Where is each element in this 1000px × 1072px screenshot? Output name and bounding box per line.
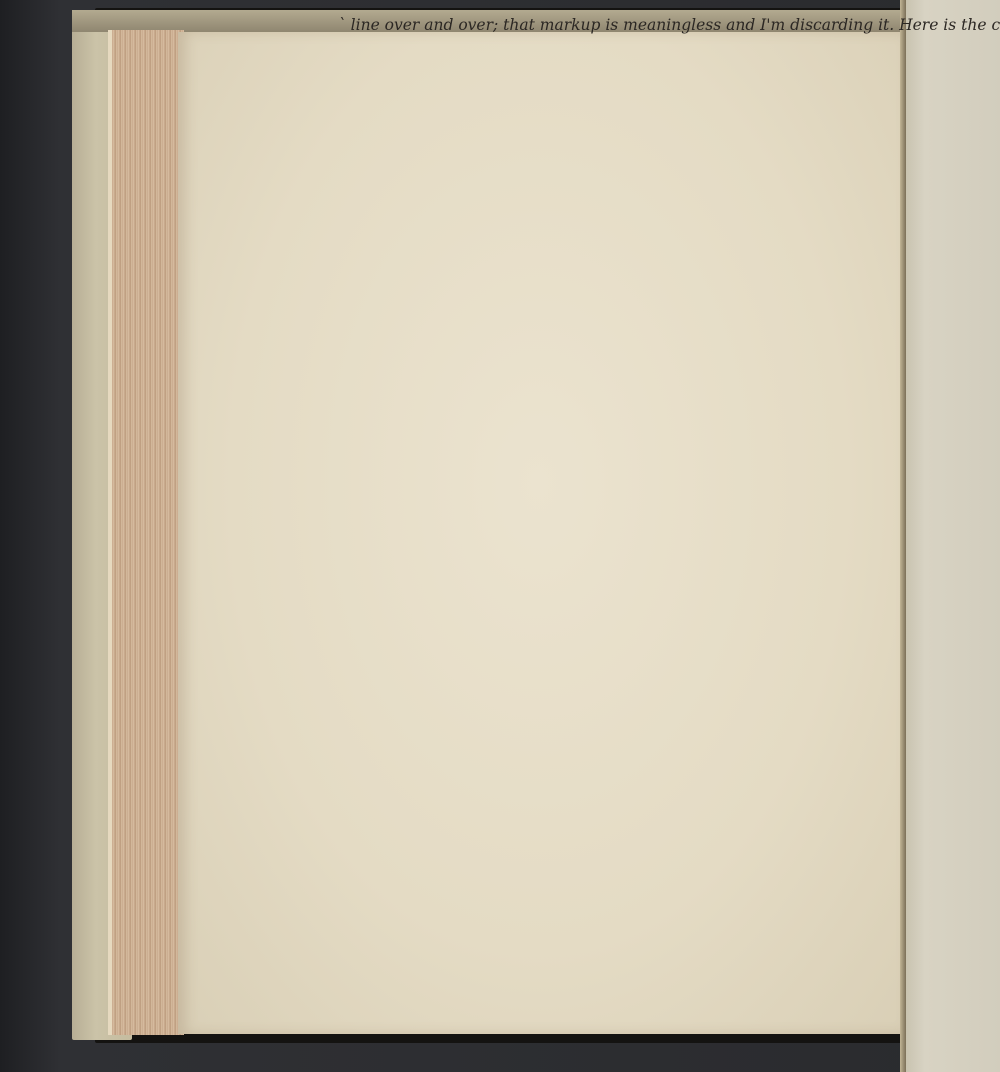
verse-line <box>338 272 372 288</box>
verse-line <box>338 157 372 173</box>
facing-page <box>906 0 1000 1072</box>
page-header <box>290 114 750 144</box>
left-page <box>178 32 900 1034</box>
page-block-edges <box>108 30 184 1035</box>
